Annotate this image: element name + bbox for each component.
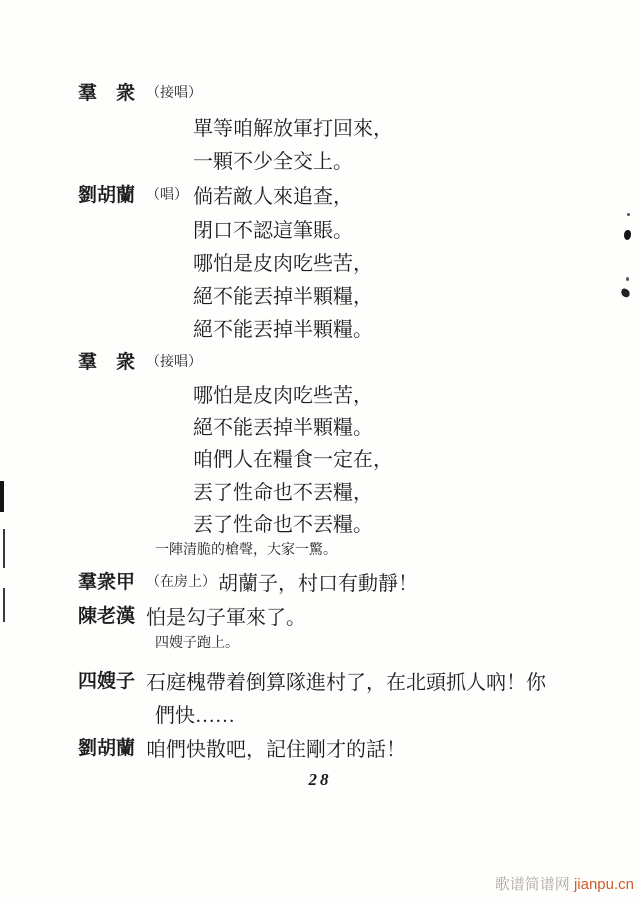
page-number: 28 — [0, 770, 640, 790]
script-line: 哪怕是皮肉吃些苦， — [0, 379, 640, 405]
script-line: 絕不能丟掉半顆糧。 — [0, 313, 640, 339]
script-line: 劉胡蘭 （唱） 倘若敵人來追查， — [0, 180, 640, 206]
lyric-text: 丟了性命也不丟糧。 — [193, 508, 373, 537]
speaker-name: 劉胡蘭 — [78, 733, 135, 760]
speaker-name: 四嫂子 — [78, 666, 135, 693]
lyric-text: 一顆不少全交上。 — [193, 145, 353, 174]
script-line: 羣衆甲 （在房上） 胡蘭子，村口有動靜！ — [0, 567, 640, 593]
script-line: 閉口不認這筆賬。 — [0, 214, 640, 240]
lyric-text: 絕不能丟掉半顆糧。 — [193, 313, 373, 342]
stage-direction: 一陣清脆的槍聲，大家一驚。 — [155, 539, 337, 559]
script-line: 一陣清脆的槍聲，大家一驚。 — [0, 539, 640, 565]
lyric-text: 哪怕是皮肉吃些苦， — [193, 247, 373, 276]
lyric-text: 哪怕是皮肉吃些苦， — [193, 379, 373, 408]
speaker-name: 劉胡蘭 — [78, 180, 135, 207]
stage-direction: （接唱） — [146, 351, 202, 371]
script-line: 劉胡蘭 咱們快散吧，記住剛才的話！ — [0, 733, 640, 759]
scan-artifact-ink-speck — [627, 213, 630, 216]
script-line: 哪怕是皮肉吃些苦， — [0, 247, 640, 273]
dialogue-text: 石庭槐帶着倒算隊進村了，在北頭抓人吶！你 — [146, 666, 546, 695]
script-line: 絕不能丟掉半顆糧。 — [0, 411, 640, 437]
script-line: 丟了性命也不丟糧， — [0, 476, 640, 502]
lyric-text: 閉口不認這筆賬。 — [193, 214, 353, 243]
speaker-name: 陳老漢 — [78, 601, 135, 628]
script-line: 羣 衆 （接唱） — [0, 347, 640, 373]
stage-direction: （接唱） — [146, 82, 202, 102]
watermark-site-name: 歌谱简谱网 — [495, 876, 570, 893]
script-line: 咱們人在糧食一定在， — [0, 443, 640, 469]
lyric-text: 倘若敵人來追查， — [193, 180, 353, 209]
stage-direction: （在房上） — [146, 571, 216, 591]
lyric-text: 絕不能丟掉半顆糧， — [193, 280, 373, 309]
script-line: 丟了性命也不丟糧。 — [0, 508, 640, 534]
scan-artifact-spine-bar — [0, 481, 4, 512]
stage-direction: （唱） — [146, 184, 188, 204]
lyric-text: 單等咱解放軍打回來， — [193, 112, 393, 141]
scanned-script-page: 羣 衆 （接唱） 單等咱解放軍打回來， 一顆不少全交上。 劉胡蘭 （唱） 倘若敵… — [0, 0, 640, 902]
stage-direction: 四嫂子跑上。 — [155, 632, 239, 652]
watermark: 歌谱简谱网 jianpu.cn — [495, 873, 634, 894]
script-line: 一顆不少全交上。 — [0, 145, 640, 171]
dialogue-text: 咱們快散吧，記住剛才的話！ — [146, 733, 406, 762]
dialogue-text: 胡蘭子，村口有動靜！ — [218, 567, 418, 596]
speaker-name: 羣 衆 — [78, 347, 135, 374]
lyric-text: 絕不能丟掉半顆糧。 — [193, 411, 373, 440]
lyric-text: 咱們人在糧食一定在， — [193, 443, 393, 472]
script-line: 們快…… — [0, 699, 640, 725]
script-line: 四嫂子跑上。 — [0, 632, 640, 658]
speaker-name: 羣 衆 — [78, 78, 135, 105]
script-line: 四嫂子 石庭槐帶着倒算隊進村了，在北頭抓人吶！你 — [0, 666, 640, 692]
script-line: 單等咱解放軍打回來， — [0, 112, 640, 138]
speaker-name: 羣衆甲 — [78, 567, 135, 594]
watermark-site-url: jianpu.cn — [574, 876, 634, 893]
dialogue-continuation: 們快…… — [155, 699, 235, 728]
script-line: 羣 衆 （接唱） — [0, 78, 640, 104]
scan-artifact-spine-line — [3, 529, 5, 568]
script-line: 陳老漢 怕是勾子軍來了。 — [0, 601, 640, 627]
scan-artifact-spine-line — [3, 588, 5, 622]
dialogue-text: 怕是勾子軍來了。 — [146, 601, 306, 630]
script-line: 絕不能丟掉半顆糧， — [0, 280, 640, 306]
lyric-text: 丟了性命也不丟糧， — [193, 476, 373, 505]
scan-artifact-ink-speck — [626, 277, 629, 281]
